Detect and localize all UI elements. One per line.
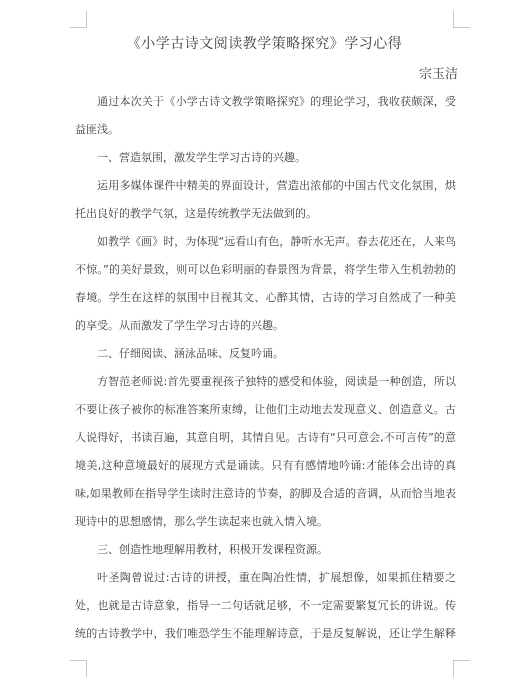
paragraph: 叶圣陶曾说过:古诗的讲授，重在陶冶性情，扩展想像，如果抓住精要之处，也就是古诗意…: [75, 564, 456, 648]
paragraph: 如教学《画》时，为体现“远看山有色，静听水无声。春去花还在，人来鸟不惊。”的美好…: [75, 228, 456, 340]
document-page: 《小学古诗文阅读教学策略探究》学习心得 宗玉洁 通过本次关于《小学古诗文教学策略…: [0, 0, 529, 677]
author-name: 宗玉洁: [419, 63, 458, 82]
text-boundary-mark-top-right: [453, 11, 470, 28]
paragraph: 一、营造氛围，激发学生学习古诗的兴趣。: [75, 144, 456, 172]
paragraph: 三、创造性地理解用教材，积极开发课程资源。: [75, 536, 456, 564]
text-boundary-mark-top-left: [70, 11, 87, 28]
paragraph: 通过本次关于《小学古诗文教学策略探究》的理论学习，我收获颇深，受益匪浅。: [75, 88, 456, 144]
paragraph: 运用多媒体课件中精美的界面设计，营造出浓郁的中国古代文化氛围，烘托出良好的教学气…: [75, 172, 456, 228]
paragraph: 二、仔细阅读、涵泳品味、反复吟诵。: [75, 340, 456, 368]
text-boundary-mark-bottom-right: [453, 660, 470, 677]
text-boundary-mark-bottom-left: [70, 660, 87, 677]
paragraph: 方智范老师说:首先要重视孩子独特的感受和体验，阅读是一种创造，所以不要让孩子被你…: [75, 368, 456, 536]
document-body: 通过本次关于《小学古诗文教学策略探究》的理论学习，我收获颇深，受益匪浅。一、营造…: [75, 88, 456, 648]
document-title: 《小学古诗文阅读教学策略探究》学习心得: [0, 33, 529, 53]
